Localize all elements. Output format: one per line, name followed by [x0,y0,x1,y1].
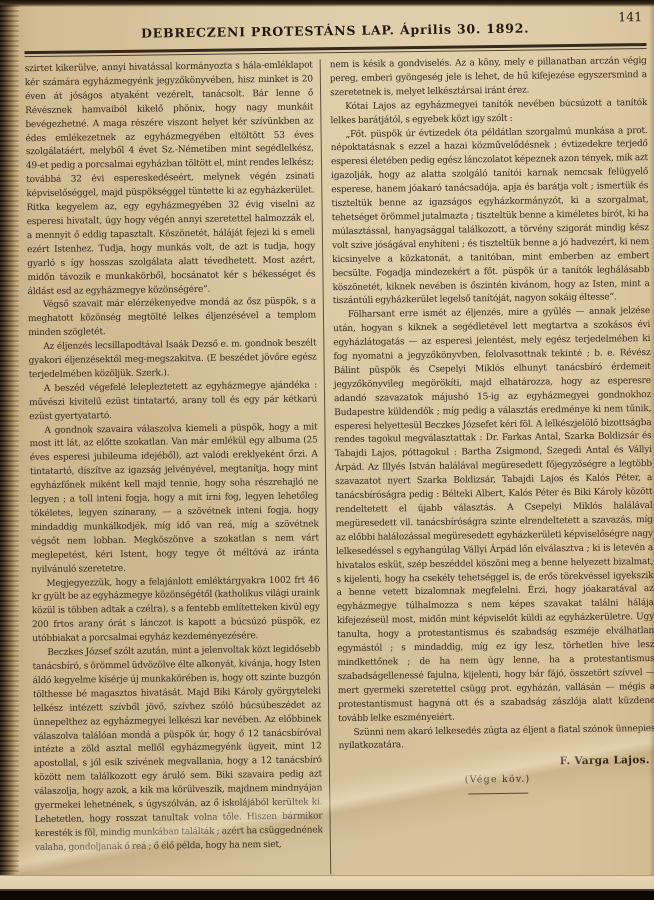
text-columns: szirtet kikerülve, annyi hivatással korm… [25,55,654,878]
bottom-page-edge [0,889,654,900]
paragraph: „Főt. püspök úr évtizedek óta példátlan … [331,125,650,310]
top-page-edge [0,0,654,7]
paragraph: Fölharsant erre ismét az éljenzés, mire … [333,305,654,726]
page-number: 141 [618,9,642,24]
right-page-edge [649,0,654,900]
author-signature: F. Varga Lajos. [339,754,654,770]
newspaper-page-scan: { "header": { "title": "DEBRECZENI PROTE… [0,0,654,900]
paragraph: A gondnok szavaira válaszolva kiemeli a … [29,421,319,578]
end-rule [468,793,528,795]
masthead-title: DEBRECZENI PROTESTÁNS LAP. Április 30. 1… [24,8,646,42]
paragraph: A beszéd végefelé lelepleztetett az egyh… [29,379,318,424]
paragraph: Megjegyezzük, hogy a felajánlott emléktá… [31,574,320,647]
continuation-note: (Vége köv.) [339,772,654,787]
masthead: DEBRECZENI PROTESTÁNS LAP. Április 30. 1… [24,8,646,48]
paragraph: Végső szavait már elérzékenyedve mondá a… [28,296,317,341]
paragraph: nem is késik a gondviselés. Az a köny, m… [330,55,648,101]
paragraph: Beczkes József szólt azután, mint a jele… [32,643,323,855]
paragraph: szirtet kikerülve, annyi hivatással korm… [25,59,316,299]
paragraph: Szünni nem akaró lelkesedés zúgta az élj… [338,722,654,754]
page-content: DEBRECZENI PROTESTÁNS LAP. Április 30. 1… [24,8,654,878]
left-column: szirtet kikerülve, annyi hivatással korm… [25,59,331,878]
right-column: nem is késik a gondviselés. Az a köny, m… [321,55,654,874]
left-page-edge [0,0,19,900]
paragraph: Kótai Lajos az egyházmegyei tanítók nevé… [330,97,647,129]
page-edge-striation [0,0,19,900]
paragraph: Az éljenzés lecsillapodtával Isaák Dezső… [28,338,317,383]
